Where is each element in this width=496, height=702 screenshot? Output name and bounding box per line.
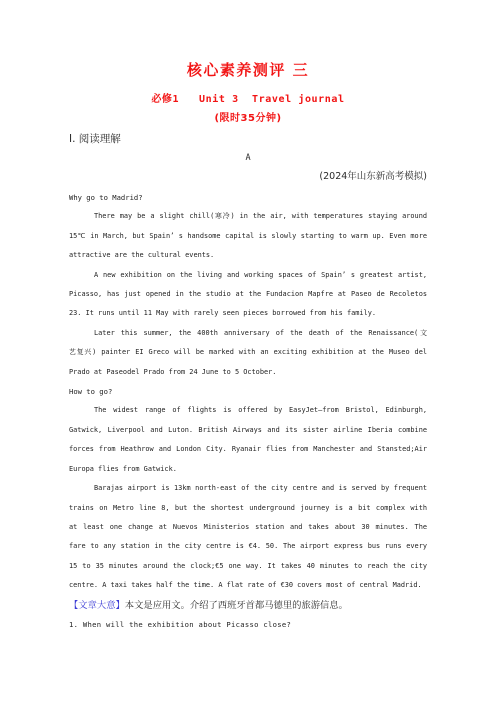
passage-line: at least one change at Nuevos Ministerio… [69, 518, 427, 537]
passage-line: Barajas airport is 13km north-east of th… [69, 479, 427, 498]
passage-summary: 【文章大意】本文是应用文。介绍了西班牙首都马德里的旅游信息。 [69, 596, 427, 615]
passage-line: fare to any station in the city centre i… [69, 537, 427, 556]
passage-line: Later this summer, the 400th anniversary… [69, 324, 427, 343]
passage-line: The widest range of flights is offered b… [69, 401, 427, 420]
summary-label: 【文章大意】 [69, 600, 125, 611]
passage-heading: Why go to Madrid? [69, 188, 427, 207]
passage-line: Picasso, has just opened in the studio a… [69, 285, 427, 304]
passage-line: trains on Metro line 8, but the shortest… [69, 499, 427, 518]
test-paper-page: 核心素养测评 三 必修1 Unit 3 Travel journal (限时35… [0, 0, 496, 702]
passage-line: centre. A taxi takes half the time. A fl… [69, 576, 427, 595]
time-limit: (限时35分钟) [69, 110, 427, 128]
unit-subtitle: 必修1 Unit 3 Travel journal [69, 91, 427, 109]
passage-line: attractive are the cultural events. [69, 246, 427, 265]
passage-line: 艺复兴) painter EI Greco will be marked wit… [69, 343, 427, 362]
page-title: 核心素养测评 三 [69, 61, 427, 80]
section-heading: Ⅰ. 阅读理解 [69, 130, 427, 149]
page-content: 核心素养测评 三 必修1 Unit 3 Travel journal (限时35… [69, 61, 427, 634]
summary-text: 本文是应用文。介绍了西班牙首都马德里的旅游信息。 [125, 600, 348, 611]
passage-line: Gatwick, Liverpool and Luton. British Ai… [69, 421, 427, 440]
question-1: 1. When will the exhibition about Picass… [69, 615, 427, 634]
passage-line: Europa flies from Gatwick. [69, 460, 427, 479]
passage-line: Prado at Paseodel Prado from 24 June to … [69, 363, 427, 382]
passage-heading: How to go? [69, 382, 427, 401]
passage-line: 15 to 35 minutes around the clock;€5 one… [69, 557, 427, 576]
passage-line: 15℃ in March, but Spain’ s handsome capi… [69, 227, 427, 246]
passage-body: Why go to Madrid?There may be a slight c… [69, 188, 427, 596]
passage-letter: A [69, 149, 427, 168]
passage-source: (2024年山东新高考模拟) [69, 168, 427, 186]
passage-line: forces from Heathrow and London City. Ry… [69, 440, 427, 459]
passage-line: 23. It runs until 11 May with rarely see… [69, 304, 427, 323]
passage-line: There may be a slight chill(寒冷) in the a… [69, 207, 427, 226]
passage-line: A new exhibition on the living and worki… [69, 266, 427, 285]
